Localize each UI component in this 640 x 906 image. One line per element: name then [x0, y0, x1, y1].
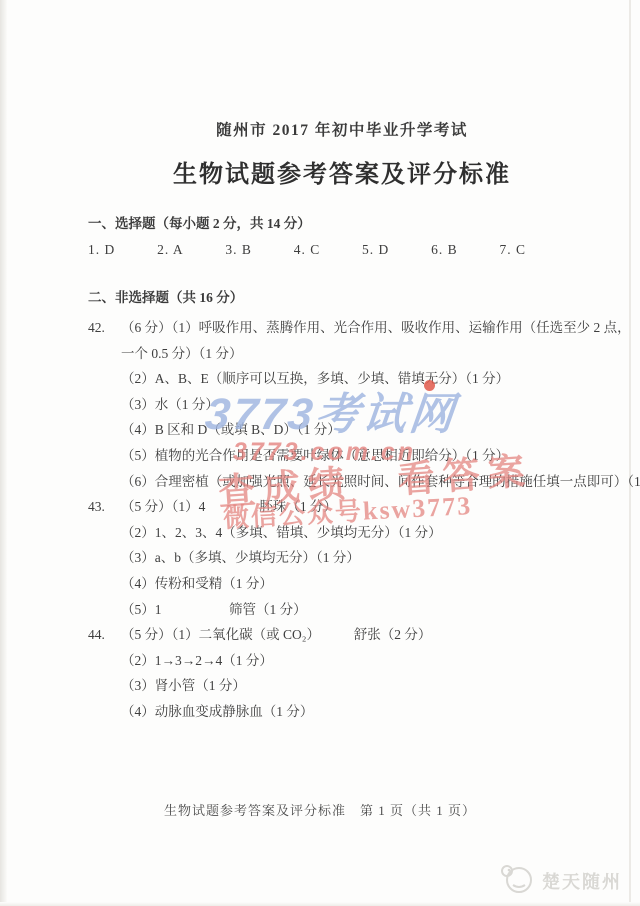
question-number	[88, 417, 121, 443]
question-number: 44.	[88, 622, 121, 648]
answer-text: （2）1→3→2→4（1 分）	[121, 648, 596, 674]
answer-text: 一个 0.5 分）（1 分）	[121, 341, 596, 367]
answer-line: （3）a、b（多填、少填均无分）（1 分）	[88, 545, 596, 571]
answer-line: 43.（5 分）（1）4 胚珠（1 分）	[88, 494, 596, 520]
answer-text: （5）植物的光合作用是否需要叶绿体（意思相近即给分）（1 分）	[121, 443, 596, 469]
bird-logo-icon	[498, 862, 536, 899]
choice-answers-row: 1. D2. A3. B4. C5. D6. B7. C	[88, 237, 526, 263]
answer-text: （4）B 区和 D（或填 B、D）（1 分）	[121, 417, 596, 443]
answer-line: （5）1 筛管（1 分）	[88, 597, 596, 623]
scan-right-edge	[629, 0, 631, 906]
question-number	[88, 366, 121, 392]
answer-text: （3）肾小管（1 分）	[121, 673, 596, 699]
answer-line: 44.（5 分）（1）二氧化碳（或 CO₂） 舒张（2 分）	[88, 622, 596, 648]
question-number	[88, 341, 121, 367]
chutian-suizhou-logo: 楚天随州	[498, 862, 622, 899]
non-choice-section-heading: 二、非选择题（共 16 分）	[88, 285, 596, 311]
page-title: 生物试题参考答案及评分标准	[88, 154, 596, 189]
scan-left-edge	[0, 0, 7, 906]
question-number: 42.	[88, 315, 121, 341]
choice-answer: 1. D	[88, 237, 115, 263]
answer-text: （2）1、2、3、4（多填、错填、少填均无分）（1 分）	[121, 520, 596, 546]
choice-answer: 5. D	[362, 237, 389, 263]
question-number	[88, 673, 121, 699]
document-content: 随州市 2017 年初中毕业升学考试 生物试题参考答案及评分标准 一、选择题（每…	[88, 118, 596, 725]
page-footer: 生物试题参考答案及评分标准 第 1 页（共 1 页）	[0, 800, 640, 819]
question-number: 43.	[88, 494, 121, 520]
answer-text: （5 分）（1）4 胚珠（1 分）	[121, 494, 596, 520]
scanned-document-page: 随州市 2017 年初中毕业升学考试 生物试题参考答案及评分标准 一、选择题（每…	[0, 0, 640, 906]
answer-text: （6）合理密植（或加强光照、延长光照时间、间作套种等合理的措施任填一点即可）（1…	[121, 469, 640, 495]
choice-section-heading: 一、选择题（每小题 2 分，共 14 分）	[88, 211, 596, 237]
answer-text: （3）a、b（多填、少填均无分）（1 分）	[121, 545, 596, 571]
answer-line: 一个 0.5 分）（1 分）	[88, 341, 596, 367]
answer-line: （5）植物的光合作用是否需要叶绿体（意思相近即给分）（1 分）	[88, 443, 596, 469]
answer-text: （2）A、B、E（顺序可以互换，多填、少填、错填无分）（1 分）	[121, 366, 596, 392]
answer-text: （4）传粉和受精（1 分）	[121, 571, 596, 597]
choice-answer: 4. C	[294, 237, 321, 263]
question-number	[88, 699, 121, 725]
question-number	[88, 648, 121, 674]
scan-bottom-edge	[0, 902, 640, 906]
answer-text: （5）1 筛管（1 分）	[121, 597, 596, 623]
exam-title: 随州市 2017 年初中毕业升学考试	[88, 118, 596, 140]
question-number	[88, 392, 121, 418]
choice-answer: 3. B	[225, 237, 252, 263]
answer-line: （3）水（1 分）	[88, 392, 596, 418]
answer-line: （4）动脉血变成静脉血（1 分）	[88, 699, 596, 725]
answer-line: （2）1→3→2→4（1 分）	[88, 648, 596, 674]
answer-text: （5 分）（1）二氧化碳（或 CO₂） 舒张（2 分）	[121, 622, 596, 648]
question-number	[88, 545, 121, 571]
answer-line: （2）A、B、E（顺序可以互换，多填、少填、错填无分）（1 分）	[88, 366, 596, 392]
questions-list: 42.（6 分）（1）呼吸作用、蒸腾作用、光合作用、吸收作用、运输作用（任选至少…	[88, 315, 596, 725]
answer-text: （3）水（1 分）	[121, 392, 596, 418]
answer-text: （6 分）（1）呼吸作用、蒸腾作用、光合作用、吸收作用、运输作用（任选至少 2 …	[121, 315, 631, 341]
question-number	[88, 443, 121, 469]
question-number	[88, 571, 121, 597]
question-number	[88, 469, 121, 495]
answer-line: 42.（6 分）（1）呼吸作用、蒸腾作用、光合作用、吸收作用、运输作用（任选至少…	[88, 315, 596, 341]
answer-text: （4）动脉血变成静脉血（1 分）	[121, 699, 596, 725]
corner-logo-text: 楚天随州	[542, 868, 622, 894]
answer-line: （2）1、2、3、4（多填、错填、少填均无分）（1 分）	[88, 520, 596, 546]
answer-line: （6）合理密植（或加强光照、延长光照时间、间作套种等合理的措施任填一点即可）（1…	[88, 469, 596, 495]
question-number	[88, 520, 121, 546]
choice-answer: 2. A	[157, 237, 184, 263]
choice-answer: 7. C	[499, 237, 526, 263]
choice-answer: 6. B	[431, 237, 458, 263]
answer-line: （3）肾小管（1 分）	[88, 673, 596, 699]
question-number	[88, 597, 121, 623]
answer-line: （4）B 区和 D（或填 B、D）（1 分）	[88, 417, 596, 443]
answer-line: （4）传粉和受精（1 分）	[88, 571, 596, 597]
